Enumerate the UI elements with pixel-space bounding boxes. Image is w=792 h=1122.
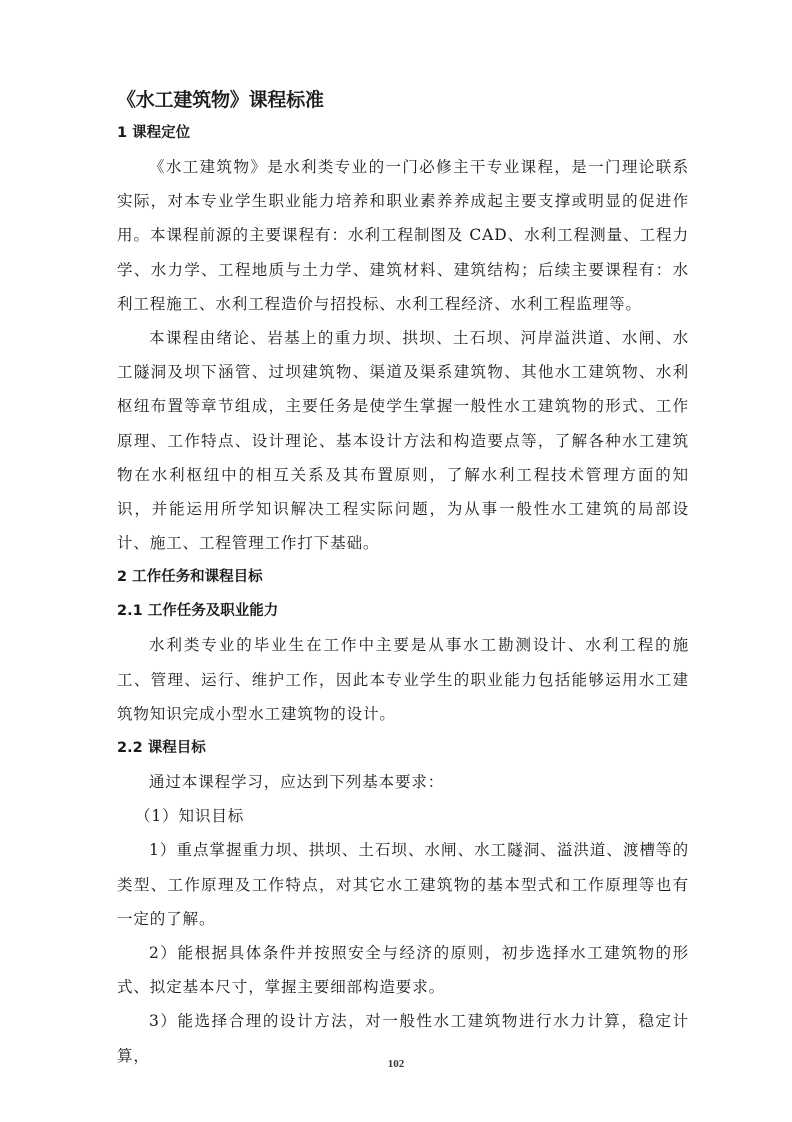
knowledge-goals-heading: （1）知识目标 (117, 799, 689, 833)
paragraph-course-content: 本课程由绪论、岩基上的重力坝、拱坝、土石坝、河岸溢洪道、水闸、水工隧洞及坝下涵管… (117, 321, 689, 560)
section-heading-tasks-and-goals: 2 工作任务和课程目标 (117, 560, 689, 594)
list-item-goal-1: 1）重点掌握重力坝、拱坝、土石坝、水闸、水工隧洞、溢洪道、渡槽等的类型、工作原理… (117, 833, 689, 936)
paragraph-course-positioning: 《水工建筑物》是水利类专业的一门必修主干专业课程，是一门理论联系实际，对本专业学… (117, 150, 689, 321)
section-heading-course-positioning: 1 课程定位 (117, 116, 689, 150)
subsection-heading-course-goals: 2.2 课程目标 (117, 731, 689, 765)
paragraph-tasks-abilities: 水利类专业的毕业生在工作中主要是从事水工勘测设计、水利工程的施工、管理、运行、维… (117, 628, 689, 731)
document-title: 《水工建筑物》课程标准 (117, 84, 689, 116)
page-number: 102 (0, 1058, 792, 1070)
paragraph-goals-intro: 通过本课程学习，应达到下列基本要求： (117, 765, 689, 799)
list-item-goal-2: 2）能根据具体条件并按照安全与经济的原则，初步选择水工建筑物的形式、拟定基本尺寸… (117, 936, 689, 1004)
document-page: 《水工建筑物》课程标准 1 课程定位 《水工建筑物》是水利类专业的一门必修主干专… (117, 84, 689, 1073)
subsection-heading-tasks-abilities: 2.1 工作任务及职业能力 (117, 594, 689, 628)
